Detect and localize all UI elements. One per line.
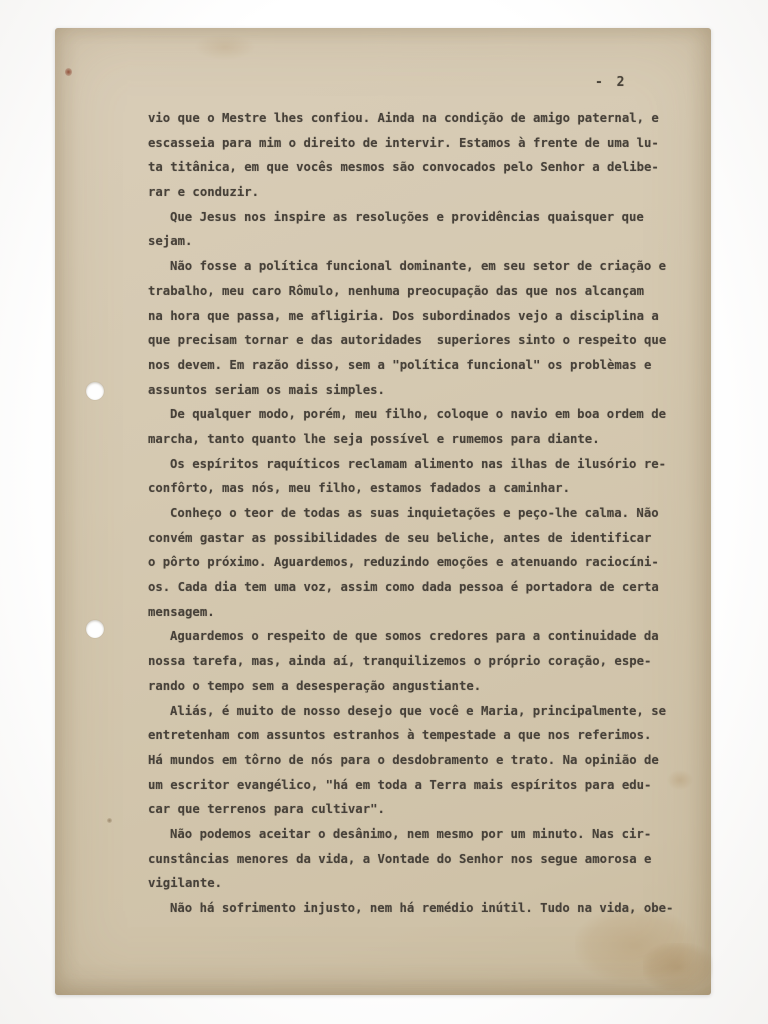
text-line: um escritor evangélico, "há em toda a Te… — [148, 773, 678, 798]
text-line: car que terrenos para cultivar". — [148, 797, 678, 822]
hole-punch-bottom — [86, 620, 104, 638]
text-line: ta titânica, em que vocês mesmos são con… — [148, 155, 678, 180]
paper-stain — [195, 34, 255, 60]
text-line: escasseia para mim o direito de intervir… — [148, 131, 678, 156]
text-line: rando o tempo sem a desesperação angusti… — [148, 674, 678, 699]
text-line: De qualquer modo, porém, meu filho, colo… — [148, 402, 678, 427]
text-line: na hora que passa, me afligiria. Dos sub… — [148, 304, 678, 329]
text-line: Que Jesus nos inspire as resoluções e pr… — [148, 205, 678, 230]
text-line: nos devem. Em razão disso, sem a "políti… — [148, 353, 678, 378]
text-line: Não há sofrimento injusto, nem há remédi… — [148, 896, 678, 921]
typed-text: vio que o Mestre lhes confiou. Ainda na … — [148, 106, 678, 921]
text-line: Aguardemos o respeito de que somos credo… — [148, 624, 678, 649]
text-line: vio que o Mestre lhes confiou. Ainda na … — [148, 106, 678, 131]
text-line: Não podemos aceitar o desânimo, nem mesm… — [148, 822, 678, 847]
text-line: Aliás, é muito de nosso desejo que você … — [148, 699, 678, 724]
text-line: confôrto, mas nós, meu filho, estamos fa… — [148, 476, 678, 501]
text-line: nossa tarefa, mas, ainda aí, tranquilize… — [148, 649, 678, 674]
text-line: os. Cada dia tem uma voz, assim como dad… — [148, 575, 678, 600]
text-line: trabalho, meu caro Rômulo, nenhuma preoc… — [148, 279, 678, 304]
scan-background: - 2 vio que o Mestre lhes confiou. Ainda… — [0, 0, 768, 1024]
text-line: Os espíritos raquíticos reclamam aliment… — [148, 452, 678, 477]
document-page: - 2 vio que o Mestre lhes confiou. Ainda… — [55, 28, 711, 995]
text-line: Há mundos em tôrno de nós para o desdobr… — [148, 748, 678, 773]
text-line: entretenham com assuntos estranhos à tem… — [148, 723, 678, 748]
paper-stain — [643, 943, 713, 991]
text-line: vigilante. — [148, 871, 678, 896]
text-line: rar e conduzir. — [148, 180, 678, 205]
page-number: - 2 — [595, 74, 627, 92]
text-line: cunstâncias menores da vida, a Vontade d… — [148, 847, 678, 872]
hole-punch-top — [86, 382, 104, 400]
text-line: Não fosse a política funcional dominante… — [148, 254, 678, 279]
text-line: Conheço o teor de todas as suas inquieta… — [148, 501, 678, 526]
text-line: mensagem. — [148, 600, 678, 625]
paper-speck — [107, 818, 112, 823]
text-line: marcha, tanto quanto lhe seja possível e… — [148, 427, 678, 452]
paper-speck — [65, 68, 72, 76]
text-line: sejam. — [148, 229, 678, 254]
text-line: assuntos seriam os mais simples. — [148, 378, 678, 403]
text-line: que precisam tornar e das autoridades su… — [148, 328, 678, 353]
text-line: convém gastar as possibilidades de seu b… — [148, 526, 678, 551]
text-line: o pôrto próximo. Aguardemos, reduzindo e… — [148, 550, 678, 575]
